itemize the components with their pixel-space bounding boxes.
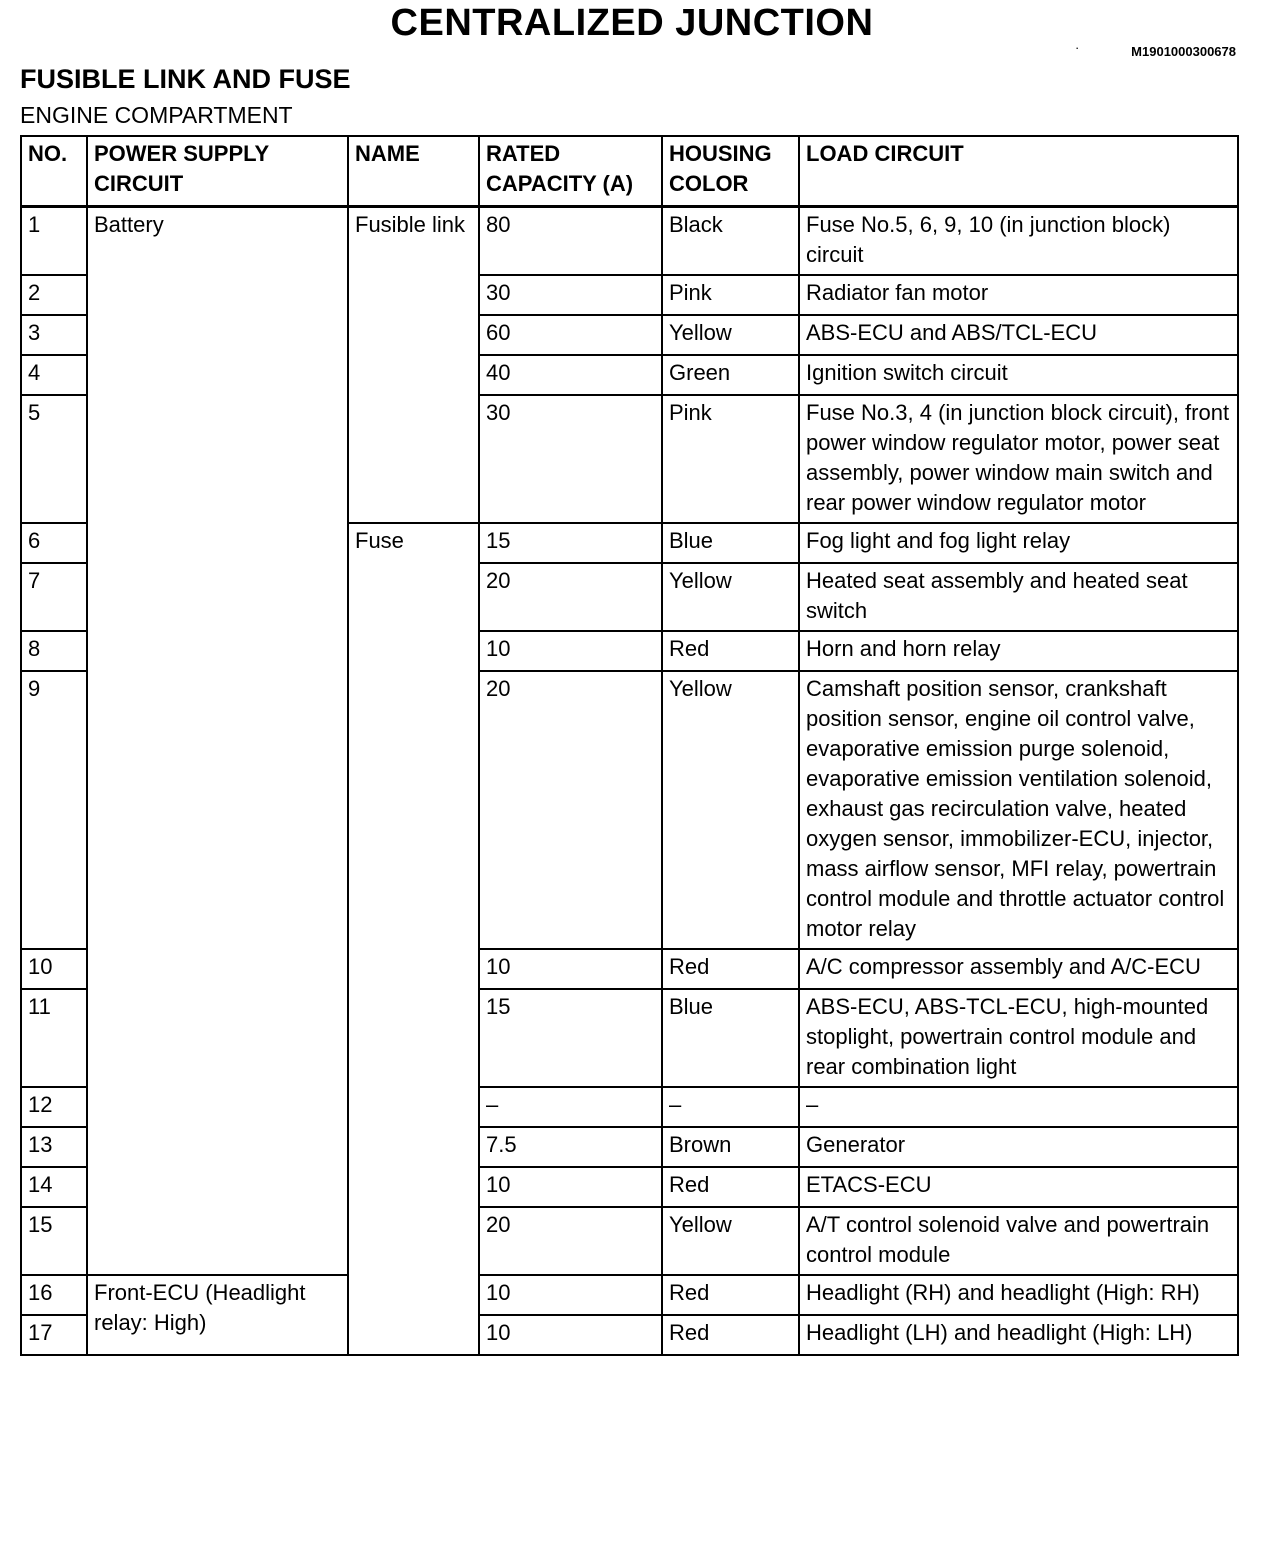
cell-no: 17 [21,1315,87,1355]
table-body: 1BatteryFusible link80BlackFuse No.5, 6,… [21,207,1238,1356]
column-header-no: NO. [21,136,87,207]
cell-load-circuit: Fuse No.3, 4 (in junction block circuit)… [799,395,1238,523]
cell-rated-capacity: 15 [479,523,662,563]
cell-load-circuit: ETACS-ECU [799,1167,1238,1207]
cell-no: 4 [21,355,87,395]
cell-no: 6 [21,523,87,563]
cell-load-circuit: Fuse No.5, 6, 9, 10 (in junction block) … [799,207,1238,276]
column-header-load-circuit: LOAD CIRCUIT [799,136,1238,207]
cell-no: 13 [21,1127,87,1167]
cell-no: 15 [21,1207,87,1275]
column-header-rated-capacity: RATED CAPACITY (A) [479,136,662,207]
cell-housing-color: – [662,1087,799,1127]
cell-no: 12 [21,1087,87,1127]
cell-power-supply-circuit: Battery [87,207,348,1276]
cell-load-circuit: ABS-ECU and ABS/TCL-ECU [799,315,1238,355]
cell-housing-color: Yellow [662,563,799,631]
cell-rated-capacity: – [479,1087,662,1127]
cell-load-circuit: Ignition switch circuit [799,355,1238,395]
column-header-housing-color: HOUSING COLOR [662,136,799,207]
cell-no: 9 [21,671,87,949]
cell-housing-color: Pink [662,275,799,315]
cell-no: 2 [21,275,87,315]
cell-load-circuit: Headlight (RH) and headlight (High: RH) [799,1275,1238,1315]
cell-no: 10 [21,949,87,989]
cell-load-circuit: Generator [799,1127,1238,1167]
cell-housing-color: Red [662,1315,799,1355]
column-header-power-supply-circuit: POWER SUPPLY CIRCUIT [87,136,348,207]
cell-name: Fusible link [348,207,479,524]
cell-load-circuit: A/T control solenoid valve and powertrai… [799,1207,1238,1275]
table-row: 16Front-ECU (Headlight relay: High)10Red… [21,1275,1238,1315]
cell-housing-color: Blue [662,523,799,563]
cell-no: 8 [21,631,87,671]
cell-rated-capacity: 15 [479,989,662,1087]
cell-housing-color: Green [662,355,799,395]
table-header-row: NO. POWER SUPPLY CIRCUIT NAME RATED CAPA… [21,136,1238,207]
cell-no: 3 [21,315,87,355]
cell-housing-color: Pink [662,395,799,523]
subsection-title: ENGINE COMPARTMENT [20,102,293,129]
cell-housing-color: Brown [662,1127,799,1167]
cell-housing-color: Black [662,207,799,276]
cell-load-circuit: Headlight (LH) and headlight (High: LH) [799,1315,1238,1355]
cell-no: 5 [21,395,87,523]
cell-rated-capacity: 40 [479,355,662,395]
stray-dot: · [1075,40,1079,55]
table-row: 1BatteryFusible link80BlackFuse No.5, 6,… [21,207,1238,276]
cell-rated-capacity: 10 [479,631,662,671]
cell-housing-color: Red [662,1167,799,1207]
fuse-table: NO. POWER SUPPLY CIRCUIT NAME RATED CAPA… [20,135,1239,1356]
cell-rated-capacity: 10 [479,1167,662,1207]
cell-housing-color: Red [662,631,799,671]
cell-rated-capacity: 30 [479,275,662,315]
cell-rated-capacity: 7.5 [479,1127,662,1167]
cell-rated-capacity: 20 [479,563,662,631]
cell-rated-capacity: 60 [479,315,662,355]
cell-power-supply-circuit: Front-ECU (Headlight relay: High) [87,1275,348,1355]
cell-load-circuit: A/C compressor assembly and A/C-ECU [799,949,1238,989]
cell-no: 16 [21,1275,87,1315]
cell-load-circuit: Horn and horn relay [799,631,1238,671]
cell-housing-color: Blue [662,989,799,1087]
cell-housing-color: Yellow [662,315,799,355]
cell-load-circuit: Heated seat assembly and heated seat swi… [799,563,1238,631]
page-title: CENTRALIZED JUNCTION [0,2,1264,45]
cell-load-circuit: ABS-ECU, ABS-TCL-ECU, high-mounted stopl… [799,989,1238,1087]
cell-housing-color: Yellow [662,671,799,949]
cell-load-circuit: Radiator fan motor [799,275,1238,315]
cell-housing-color: Red [662,949,799,989]
cell-load-circuit: Fog light and fog light relay [799,523,1238,563]
cell-rated-capacity: 10 [479,1315,662,1355]
cell-rated-capacity: 80 [479,207,662,276]
cell-no: 7 [21,563,87,631]
cell-name: Fuse [348,523,479,1355]
cell-rated-capacity: 20 [479,671,662,949]
cell-rated-capacity: 10 [479,1275,662,1315]
cell-no: 1 [21,207,87,276]
document-id: M1901000300678 [1131,44,1236,59]
cell-housing-color: Yellow [662,1207,799,1275]
cell-rated-capacity: 10 [479,949,662,989]
cell-load-circuit: Camshaft position sensor, crankshaft pos… [799,671,1238,949]
cell-no: 11 [21,989,87,1087]
section-title: FUSIBLE LINK AND FUSE [20,64,351,95]
cell-no: 14 [21,1167,87,1207]
cell-load-circuit: – [799,1087,1238,1127]
cell-rated-capacity: 30 [479,395,662,523]
cell-rated-capacity: 20 [479,1207,662,1275]
cell-housing-color: Red [662,1275,799,1315]
column-header-name: NAME [348,136,479,207]
